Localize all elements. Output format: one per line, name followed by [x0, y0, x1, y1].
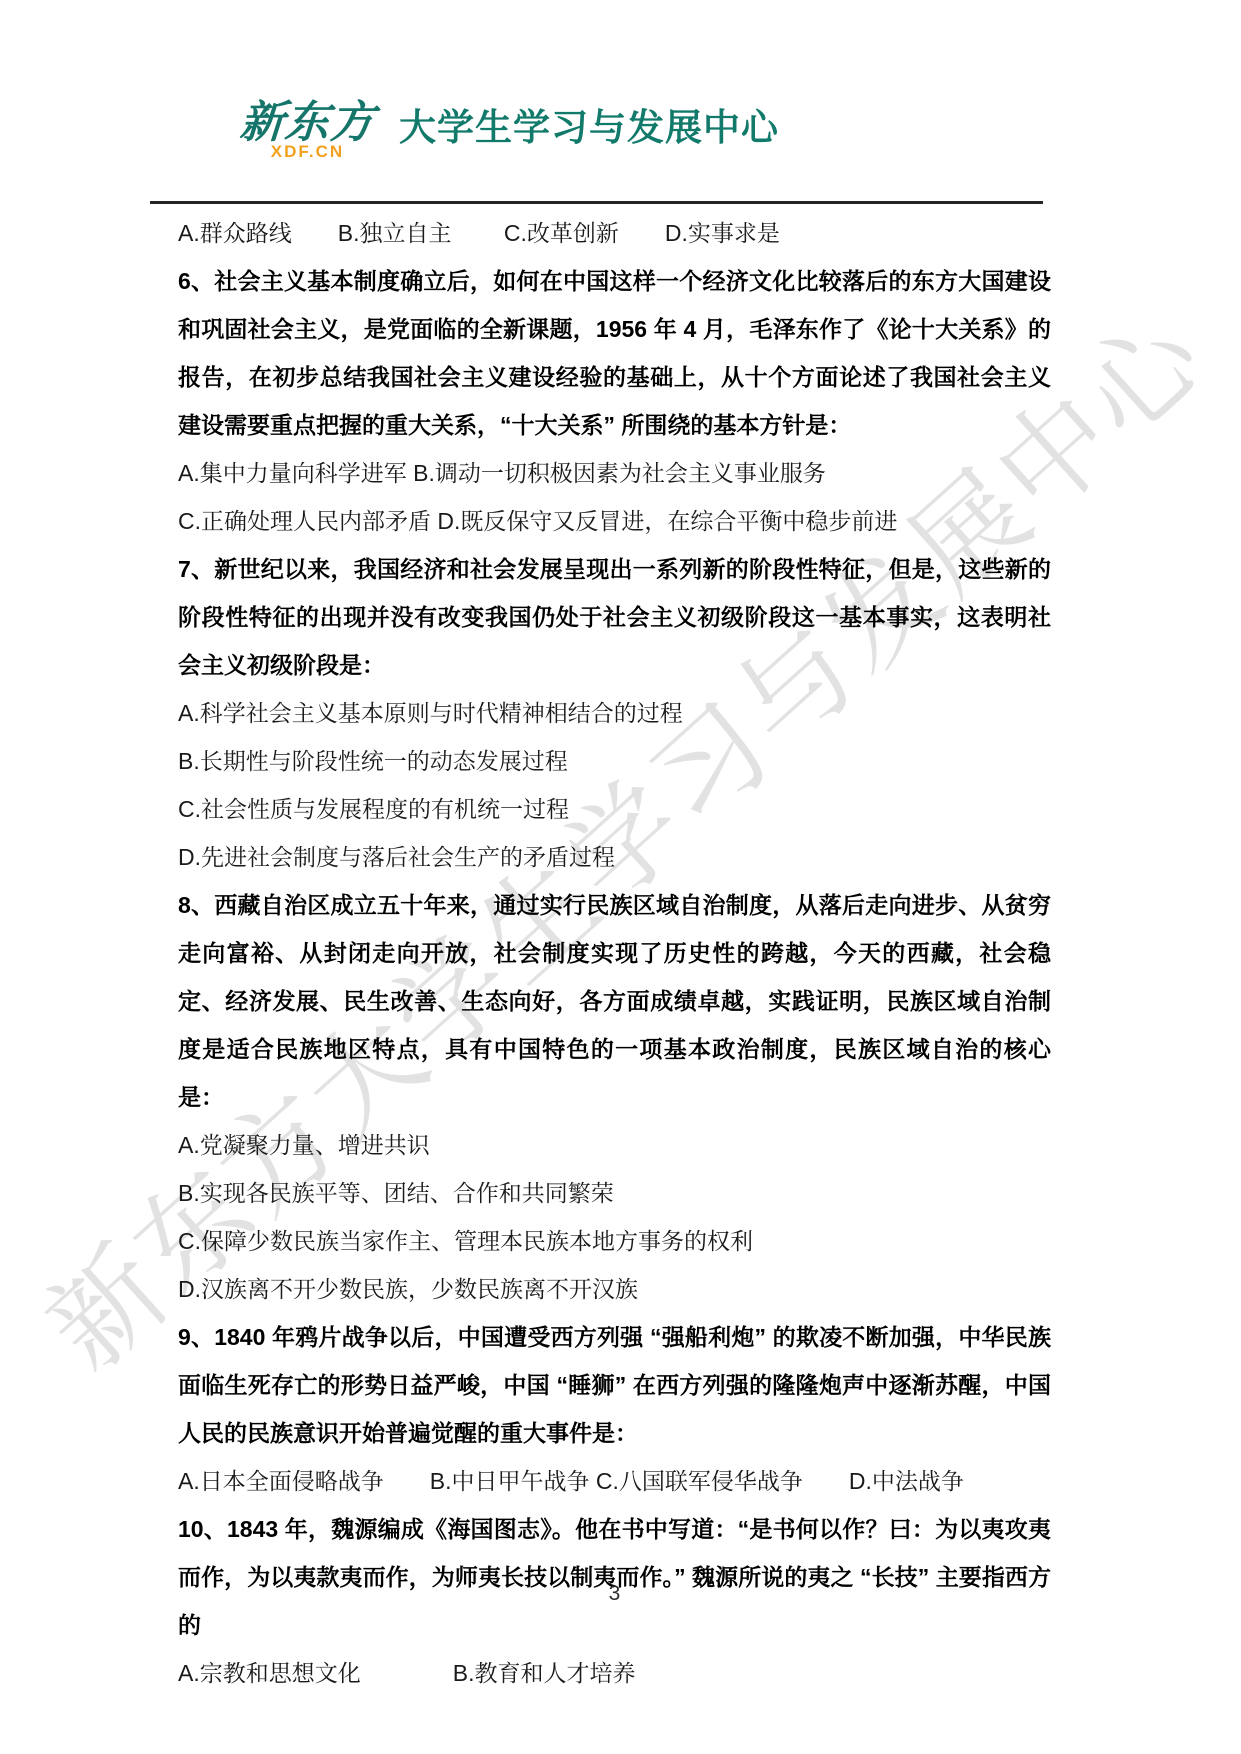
question-6: 6、社会主义基本制度确立后，如何在中国这样一个经济文化比较落后的东方大国建设和巩… [178, 257, 1051, 545]
page-header: 新东方 XDF.CN 大学生学习与发展中心 [240, 100, 779, 162]
option-line: C.社会性质与发展程度的有机统一过程 [178, 785, 1051, 833]
document-page: 新东方大学生学习与发展中心 新东方 XDF.CN 大学生学习与发展中心 A.群众… [0, 0, 1241, 1754]
option-line: B.实现各民族平等、团结、合作和共同繁荣 [178, 1169, 1051, 1217]
option-line: A.党凝聚力量、增进共识 [178, 1121, 1051, 1169]
option-line: A.宗教和思想文化 B.教育和人才培养 [178, 1649, 1051, 1697]
option-line: D.先进社会制度与落后社会生产的矛盾过程 [178, 833, 1051, 881]
exam-content: A.群众路线 B.独立自主 C.改革创新 D.实事求是 6、社会主义基本制度确立… [178, 209, 1051, 1697]
header-divider [150, 201, 1043, 204]
question-stem: 9、1840 年鸦片战争以后，中国遭受西方列强 “强船利炮” 的欺凌不断加强，中… [178, 1313, 1051, 1457]
org-title: 大学生学习与发展中心 [399, 106, 779, 150]
option-line: A.日本全面侵略战争 B.中日甲午战争 C.八国联军侵华战争 D.中法战争 [178, 1457, 1051, 1505]
question-stem: 8、西藏自治区成立五十年来，通过实行民族区域自治制度，从落后走向进步、从贫穷走向… [178, 881, 1051, 1121]
option-line: B.长期性与阶段性统一的动态发展过程 [178, 737, 1051, 785]
option-line: D.汉族离不开少数民族，少数民族离不开汉族 [178, 1265, 1051, 1313]
option-line: C.正确处理人民内部矛盾 D.既反保守又反冒进，在综合平衡中稳步前进 [178, 497, 1051, 545]
question-9: 9、1840 年鸦片战争以后，中国遭受西方列强 “强船利炮” 的欺凌不断加强，中… [178, 1313, 1051, 1505]
option-line: A.科学社会主义基本原则与时代精神相结合的过程 [178, 689, 1051, 737]
question-stem: 6、社会主义基本制度确立后，如何在中国这样一个经济文化比较落后的东方大国建设和巩… [178, 257, 1051, 449]
question-stem: 7、新世纪以来，我国经济和社会发展呈现出一系列新的阶段性特征，但是，这些新的阶段… [178, 545, 1051, 689]
page-number: 3 [178, 1582, 1051, 1606]
question-stem: 10、1843 年，魏源编成《海国图志》。他在书中写道：“是书何以作？曰：为以夷… [178, 1505, 1051, 1649]
question-7: 7、新世纪以来，我国经济和社会发展呈现出一系列新的阶段性特征，但是，这些新的阶段… [178, 545, 1051, 881]
option-line: A.集中力量向科学进军 B.调动一切积极因素为社会主义事业服务 [178, 449, 1051, 497]
option-line: C.保障少数民族当家作主、管理本民族本地方事务的权利 [178, 1217, 1051, 1265]
xdf-logo: 新东方 XDF.CN [240, 100, 375, 162]
question-8: 8、西藏自治区成立五十年来，通过实行民族区域自治制度，从落后走向进步、从贫穷走向… [178, 881, 1051, 1313]
carryover-option-line: A.群众路线 B.独立自主 C.改革创新 D.实事求是 [178, 209, 1051, 257]
logo-wordmark: 新东方 [238, 100, 376, 146]
